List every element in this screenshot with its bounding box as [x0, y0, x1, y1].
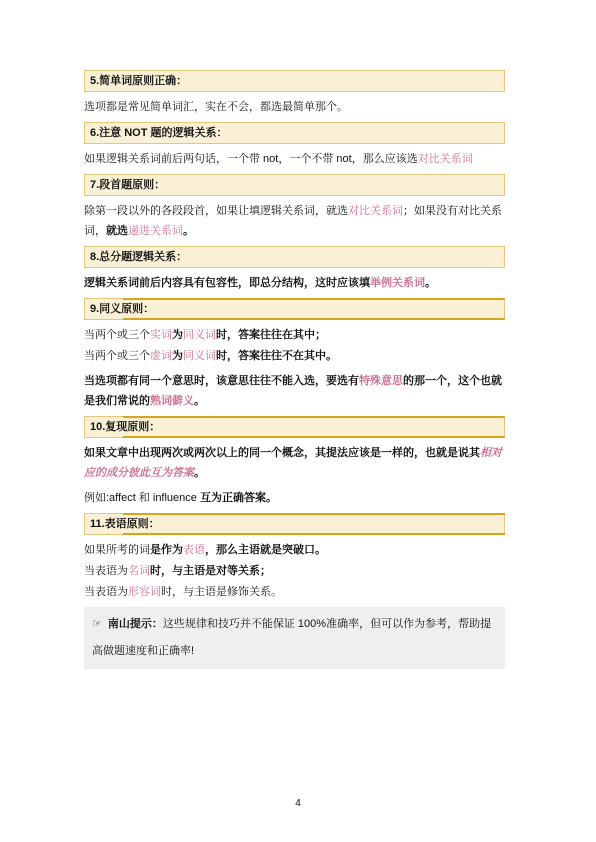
tip-box: ☞南山提示：这些规律和技巧并不能保证 100%准确率，但可以作为参考，帮助提高做… [84, 607, 505, 669]
text-run: 表语 [183, 544, 205, 556]
text-run: 时，答案往往不在其中。 [216, 350, 337, 362]
rule-section: 6.注意 NOT 题的逻辑关系：如果逻辑关系词前后两句话，一个带 not，一个不… [84, 122, 505, 169]
text-run: 当两个或三个 [84, 329, 150, 341]
paragraph: 当选项都有同一个意思时，该意思往往不能入选，要选有特殊意思的那一个，这个也就是我… [84, 371, 505, 411]
text-run: 。 [194, 467, 205, 479]
text-run: ，那么主语就是突破口。 [205, 544, 326, 556]
page-number: 4 [0, 798, 596, 809]
text-run: 同义词 [183, 329, 216, 341]
section-heading: 9.同义原则： [84, 298, 505, 320]
text-run: 是作为 [150, 544, 183, 556]
text-run: 如果文章中出现两次或两次以上的同一个概念，其提法应该是一样的，也就是说其 [84, 447, 480, 459]
text-run: 对比关系词 [418, 153, 473, 165]
text-run: 就选 [106, 225, 128, 237]
section-heading: 10.复现原则： [84, 416, 505, 438]
paragraph: 例如:affect 和 influence 互为正确答案。 [84, 488, 505, 508]
text-run: 。 [425, 277, 436, 289]
text-run: 南山提示： [108, 618, 163, 630]
rule-section: 11.表语原则：如果所考的词是作为表语，那么主语就是突破口。当表语为名词时，与主… [84, 513, 505, 602]
text-run: 时，与主语是修饰关系。 [161, 586, 282, 598]
paragraph: 如果逻辑关系词前后两句话，一个带 not，一个不带 not，那么应该选对比关系词 [84, 149, 505, 169]
text-run: 除第一段以外的各段段首，如果让填逻辑关系词，就选 [84, 205, 348, 217]
rule-section: 10.复现原则：如果文章中出现两次或两次以上的同一个概念，其提法应该是一样的，也… [84, 416, 505, 508]
text-run: 如果逻辑关系词前后两句话，一个带 not，一个不带 not，那么应该选 [84, 153, 418, 165]
text-run: 递进关系词 [128, 225, 183, 237]
paragraph: 当表语为形容词时，与主语是修饰关系。 [84, 582, 505, 602]
text-run: 虚词 [150, 350, 172, 362]
text-run: 对比关系词 [348, 205, 403, 217]
paragraph: 除第一段以外的各段段首，如果让填逻辑关系词，就选对比关系词；如果没有对比关系词，… [84, 201, 505, 241]
text-run: 逻辑关系词前后内容具有包容性，即总分结构，这时应该填 [84, 277, 370, 289]
paragraph: 当两个或三个实词为同义词时，答案往往在其中； [84, 325, 505, 345]
text-run: 时，答案往往在其中； [216, 329, 326, 341]
text-run: 例如:affect 和 influence [84, 492, 200, 504]
paragraph: 当两个或三个虚词为同义词时，答案往往不在其中。 [84, 346, 505, 366]
text-run: 当选项都有同一个意思时，该意思往往不能入选，要选有 [84, 375, 359, 387]
rule-section: 9.同义原则：当两个或三个实词为同义词时，答案往往在其中；当两个或三个虚词为同义… [84, 298, 505, 411]
text-run: 为 [172, 329, 183, 341]
section-heading: 8.总分题逻辑关系： [84, 246, 505, 268]
pointing-hand-icon: ☞ [92, 618, 102, 630]
text-run: 当表语为 [84, 586, 128, 598]
paragraph: 选项都是常见简单词汇，实在不会，都选最简单那个。 [84, 97, 505, 117]
paragraph: 如果文章中出现两次或两次以上的同一个概念，其提法应该是一样的，也就是说其相对应的… [84, 443, 505, 483]
text-run: 名词 [128, 565, 150, 577]
paragraph: 如果所考的词是作为表语，那么主语就是突破口。 [84, 540, 505, 560]
section-heading: 11.表语原则： [84, 513, 505, 535]
text-run: 。 [183, 225, 194, 237]
section-heading: 5.简单词原则正确： [84, 70, 505, 92]
paragraph: 当表语为名词时，与主语是对等关系； [84, 561, 505, 581]
text-run: 举例关系词 [370, 277, 425, 289]
text-run: 当表语为 [84, 565, 128, 577]
document-page: 5.简单词原则正确：选项都是常见简单词汇，实在不会，都选最简单那个。6.注意 N… [0, 0, 596, 842]
paragraph: 逻辑关系词前后内容具有包容性，即总分结构，这时应该填举例关系词。 [84, 273, 505, 293]
text-run: 如果所考的词 [84, 544, 150, 556]
text-run: 形容词 [128, 586, 161, 598]
rule-section: 5.简单词原则正确：选项都是常见简单词汇，实在不会，都选最简单那个。 [84, 70, 505, 117]
text-run: 同义词 [183, 350, 216, 362]
text-run: 。 [266, 492, 277, 504]
text-run: 时，与主语是对等关系； [150, 565, 271, 577]
text-run: 特殊意思 [359, 375, 403, 387]
section-heading: 6.注意 NOT 题的逻辑关系： [84, 122, 505, 144]
text-run: 实词 [150, 329, 172, 341]
text-run: 选项都是常见简单词汇，实在不会，都选最简单那个。 [84, 101, 348, 113]
text-run: 当两个或三个 [84, 350, 150, 362]
text-run: 互为正确答案 [200, 492, 266, 504]
rule-section: 8.总分题逻辑关系：逻辑关系词前后内容具有包容性，即总分结构，这时应该填举例关系… [84, 246, 505, 293]
document-body: 5.简单词原则正确：选项都是常见简单词汇，实在不会，都选最简单那个。6.注意 N… [84, 70, 505, 669]
text-run: 。 [194, 395, 205, 407]
rule-section: 7.段首题原则：除第一段以外的各段段首，如果让填逻辑关系词，就选对比关系词；如果… [84, 174, 505, 241]
section-heading: 7.段首题原则： [84, 174, 505, 196]
text-run: 熟词僻义 [150, 395, 194, 407]
text-run: 为 [172, 350, 183, 362]
